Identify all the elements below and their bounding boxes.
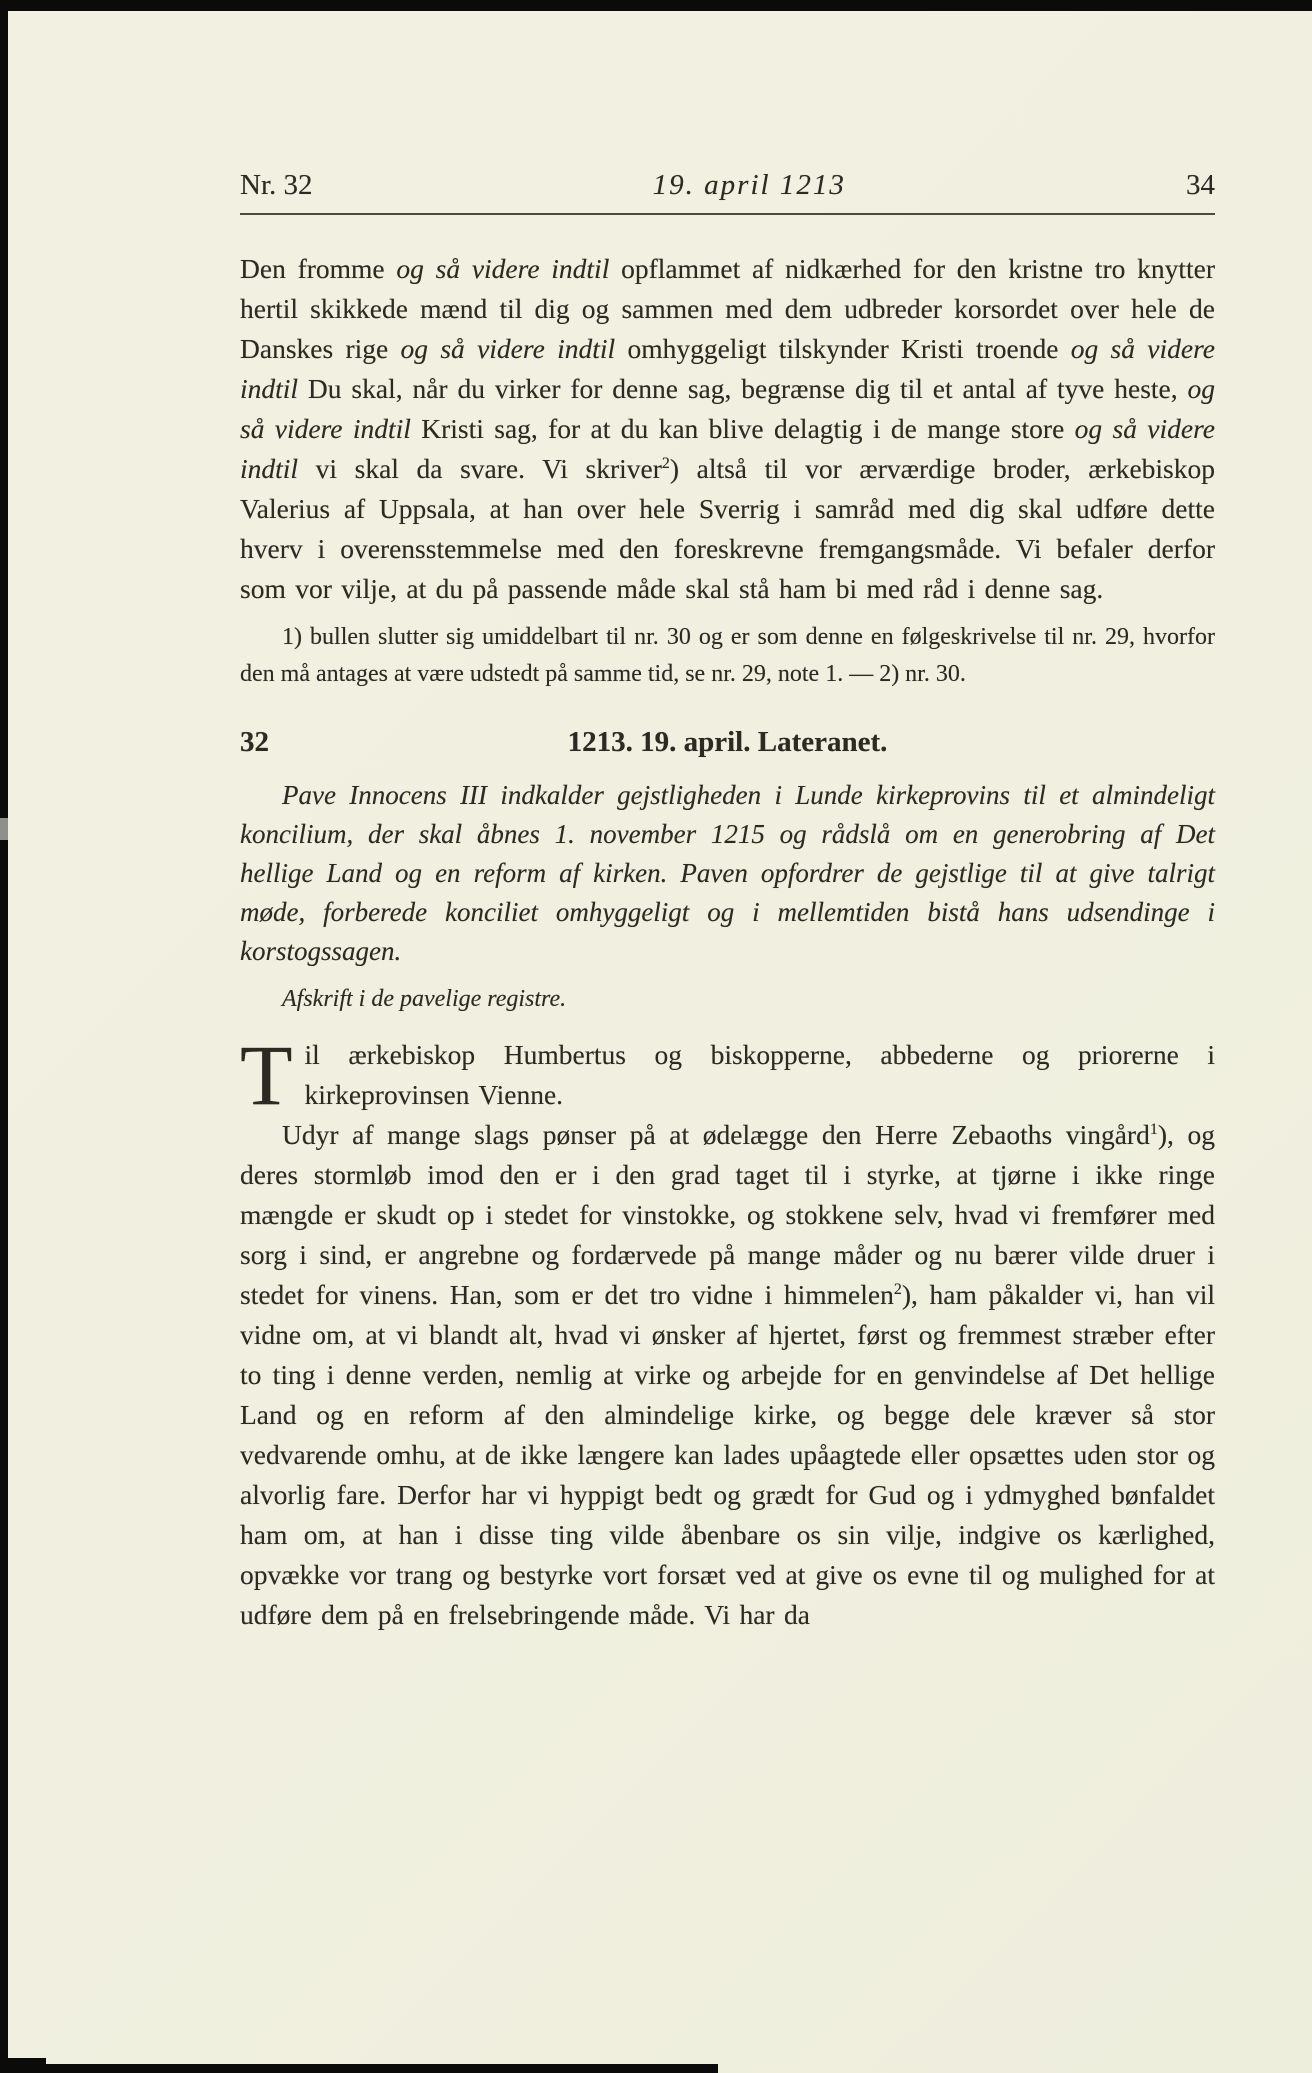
letter-body-paragraph: Udyr af mange slags pønser på at ødelægg… [240, 1115, 1215, 1635]
page-content: Nr. 32 19. april 1213 34 Den fromme og s… [240, 0, 1215, 1635]
footnote-block: 1) bullen slutter sig umiddelbart til nr… [240, 619, 1215, 693]
scan-edge-bottom-nub [6, 2058, 46, 2073]
entry-source-note: Afskrift i de pavelige registre. [240, 984, 1215, 1014]
entry-title: 1213. 19. april. Lateranet. [240, 725, 1215, 759]
header-document-number: Nr. 32 [240, 168, 313, 202]
continuation-paragraph: Den fromme og så videre indtil opflammet… [240, 249, 1215, 609]
drop-cap-initial: T [240, 1035, 305, 1110]
scan-edge-left [0, 0, 8, 2073]
scan-edge-bottom [8, 2064, 718, 2073]
scanned-book-page: Nr. 32 19. april 1213 34 Den fromme og s… [0, 0, 1312, 2073]
salutation-paragraph: Til ærkebiskop Humbertus og biskopperne,… [240, 1035, 1215, 1115]
entry-summary: Pave Innocens III indkalder gejstlighede… [240, 776, 1215, 971]
scan-edge-notch [0, 818, 8, 840]
running-header: Nr. 32 19. april 1213 34 [240, 168, 1215, 215]
entry-heading: 32 1213. 19. april. Lateranet. [240, 725, 1215, 759]
header-date: 19. april 1213 [653, 168, 846, 202]
entry-number: 32 [240, 725, 269, 759]
page-number: 34 [1186, 168, 1215, 202]
salutation-text: il ærkebiskop Humbertus og biskopperne, … [305, 1039, 1215, 1110]
